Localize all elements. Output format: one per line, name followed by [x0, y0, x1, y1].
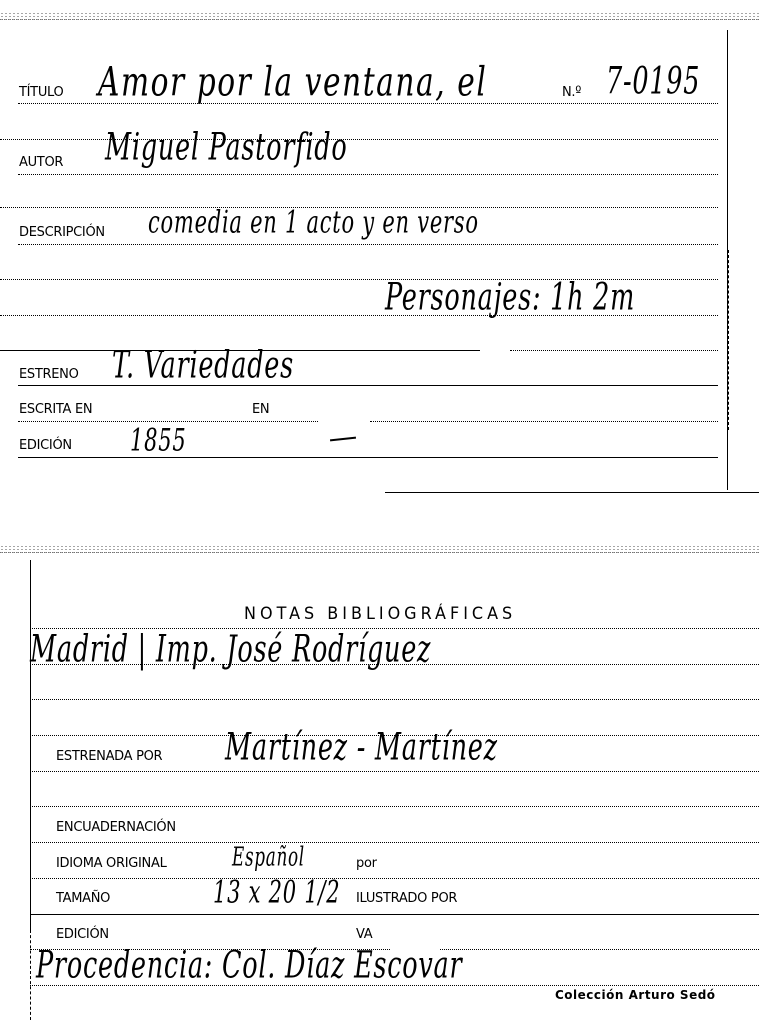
pen-stroke	[330, 437, 356, 442]
estreno-value: T. Variedades	[112, 347, 294, 384]
numero-value: 7-0195	[606, 63, 700, 100]
rule-line	[18, 457, 718, 458]
numero-label: N.º	[562, 86, 581, 100]
card-right-border-faint	[728, 250, 729, 430]
estrenada-por-value: Martínez - Martínez	[225, 729, 498, 766]
imprenta-value: Madrid | Imp. José Rodríguez	[30, 631, 431, 668]
descripcion-value: comedia en 1 acto y en verso	[148, 207, 479, 238]
torn-edge-top	[0, 12, 759, 20]
en-label: EN	[252, 403, 269, 417]
autor-value: Miguel Pastorfido	[105, 129, 347, 166]
rule-line	[30, 806, 759, 807]
edicion-label: EDICIÓN	[19, 439, 72, 453]
procedencia-value: Procedencia: Col. Díaz Escovar	[36, 947, 462, 984]
titulo-value: Amor por la ventana, el	[98, 62, 487, 102]
escrita-en-label: ESCRITA EN	[19, 403, 92, 417]
edicion-label-bottom: EDICIÓN	[56, 928, 109, 942]
tamano-label: TAMAÑO	[56, 892, 110, 906]
rule-line	[440, 949, 759, 950]
torn-edge-bottom-card	[0, 545, 759, 553]
autor-label: AUTOR	[19, 156, 63, 170]
idioma-original-label: IDIOMA ORIGINAL	[56, 857, 167, 871]
estrenada-por-label: ESTRENADA POR	[56, 750, 162, 764]
por-label: por	[356, 857, 377, 871]
edicion-value: 1855	[130, 425, 186, 456]
rule-line	[370, 421, 718, 422]
card-bottom-edge	[385, 492, 759, 493]
descripcion-label: DESCRIPCIÓN	[19, 226, 105, 240]
notas-heading: NOTAS BIBLIOGRÁFICAS	[244, 606, 516, 623]
ilustrado-por-label: ILUSTRADO POR	[356, 892, 457, 906]
rule-line	[18, 244, 718, 245]
encuadernacion-label: ENCUADERNACIÓN	[56, 821, 176, 835]
personajes-value: Personajes: 1h 2m	[385, 279, 635, 316]
rule-line	[18, 174, 718, 175]
collection-credit: Colección Arturo Sedó	[555, 989, 716, 1002]
tamano-value: 13 x 20 1/2	[213, 877, 340, 908]
rule-line	[30, 842, 759, 843]
card-left-border-faint	[30, 930, 31, 1020]
rule-line	[30, 914, 759, 915]
titulo-label: TÍTULO	[19, 86, 63, 100]
idioma-original-value: Español	[232, 844, 305, 870]
card-left-border	[30, 560, 31, 930]
rule-line	[30, 771, 759, 772]
rule-line	[30, 699, 759, 700]
rule-line	[510, 350, 718, 351]
rule-line	[30, 878, 759, 879]
va-label: VA	[356, 928, 372, 942]
estreno-label: ESTRENO	[19, 368, 79, 382]
